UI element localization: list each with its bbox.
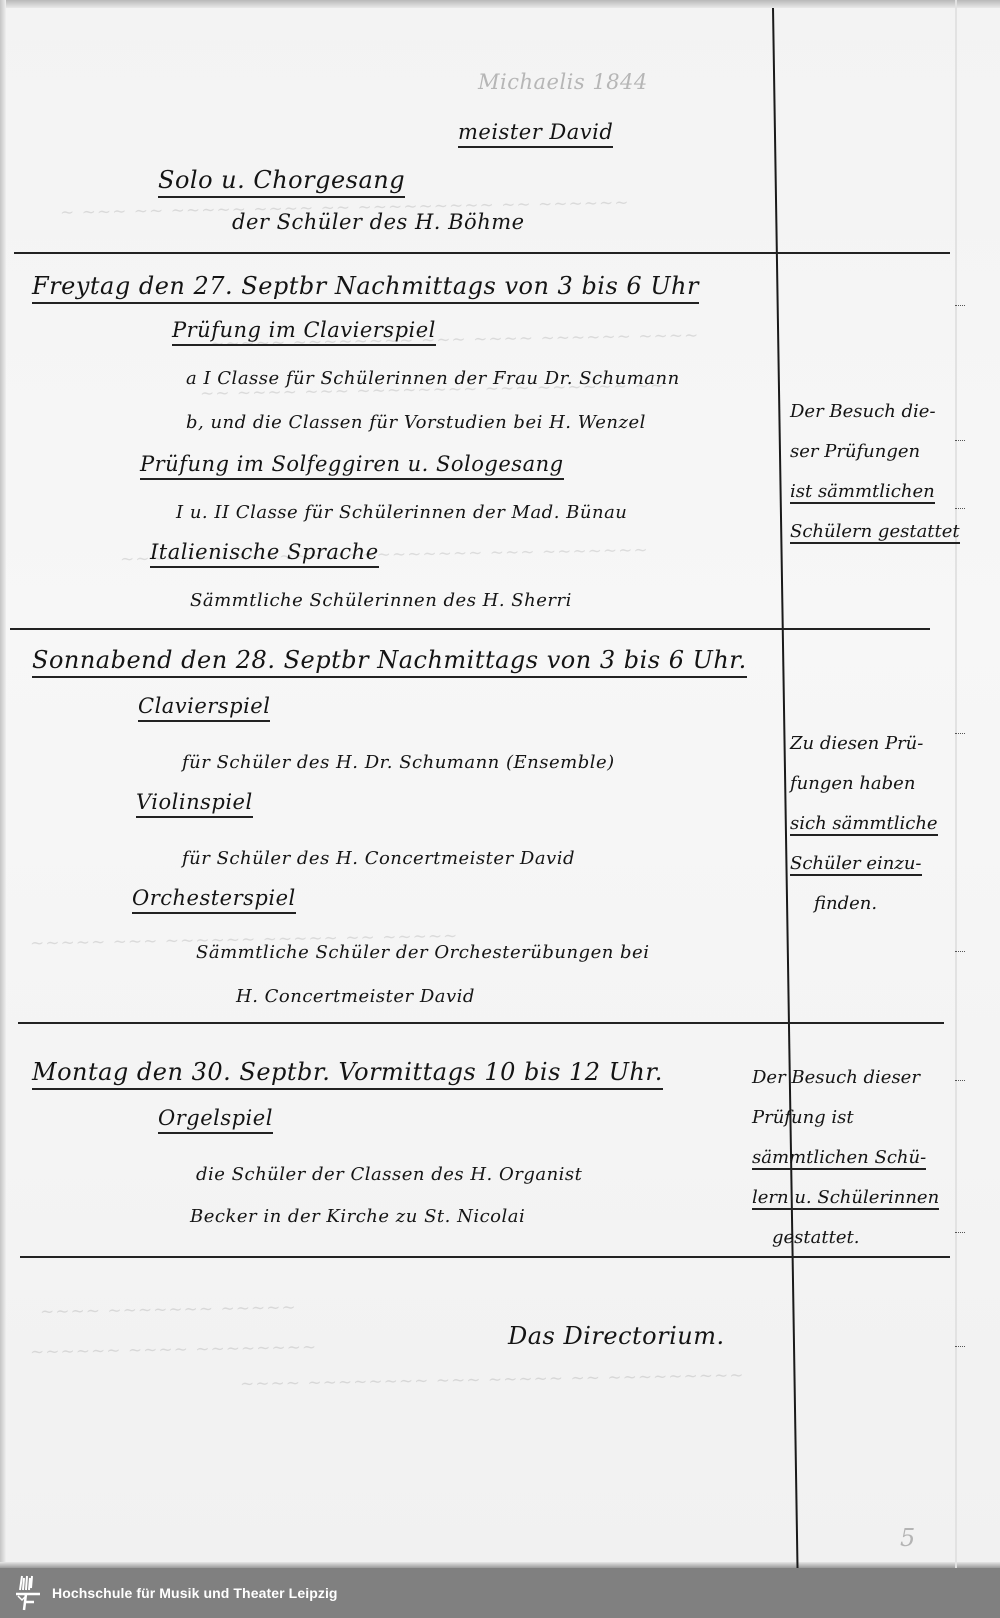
exam-title: Orgelspiel <box>158 1106 273 1134</box>
page-number-mark: 5 <box>900 1524 916 1552</box>
exam-line: Sämmtliche Schülerinnen des H. Sherri <box>190 590 572 611</box>
institution-footer: Hochschule für Musik und Theater Leipzig <box>0 1568 1000 1618</box>
margin-note-line: fungen haben <box>790 764 955 804</box>
edge-mark <box>955 733 965 737</box>
exam-title: Italienische Sprache <box>150 540 379 568</box>
margin-note-line: ser Prüfungen <box>790 432 955 472</box>
exam-title: Clavierspiel <box>138 694 270 722</box>
exam-line: für Schüler des H. Dr. Schumann (Ensembl… <box>182 752 615 773</box>
exam-title: Prüfung im Clavierspiel <box>172 318 436 346</box>
margin-note-line: sich sämmtliche <box>790 804 955 844</box>
exam-line: Becker in der Kirche zu St. Nicolai <box>190 1206 525 1227</box>
edge-mark <box>955 440 965 444</box>
margin-note-monday: Der Besuch dieser Prüfung ist sämmtliche… <box>752 1058 917 1258</box>
exam-line: b, und die Classen für Vorstudien bei H.… <box>186 412 646 433</box>
exam-line: die Schüler der Classen des H. Organist <box>196 1164 582 1185</box>
margin-note-line: Schülern gestattet <box>790 512 955 552</box>
margin-note-line: Schüler einzu- <box>790 844 955 884</box>
manuscript-page: ~ ~~~ ~~ ~~~~~ ~~~~ ~~ ~~~~~~~~~ ~~ ~~~~… <box>0 0 1000 1568</box>
margin-note-line: Der Besuch dieser <box>752 1058 917 1098</box>
faint-header-date: Michaelis 1844 <box>478 70 648 94</box>
edge-mark <box>955 508 965 512</box>
section-subtitle: der Schüler des H. Böhme <box>232 210 525 234</box>
divider-rule <box>18 1022 944 1024</box>
divider-rule <box>10 628 930 630</box>
paper-edge-top <box>0 0 1000 8</box>
bleed-through-text: ~~~~~~ ~~~~ ~~~~~~~~ <box>30 1337 318 1362</box>
exam-line: für Schüler des H. Concertmeister David <box>182 848 575 869</box>
margin-note-line: ist sämmtlichen <box>790 472 955 512</box>
edge-mark <box>955 1080 965 1084</box>
exam-line: a I Classe für Schülerinnen der Frau Dr.… <box>186 368 680 389</box>
edge-mark <box>955 1346 965 1350</box>
exam-title: Orchesterspiel <box>132 886 296 914</box>
margin-note-line: lern u. Schülerinnen <box>752 1178 917 1218</box>
margin-note-line: Prüfung ist <box>752 1098 917 1138</box>
edge-mark <box>955 951 965 955</box>
margin-note-friday: Der Besuch die- ser Prüfungen ist sämmtl… <box>790 392 955 552</box>
margin-note-line: Zu diesen Prü- <box>790 724 955 764</box>
bleed-through-text: ~~~~ ~~~~~~~~ ~~~ ~~~~~ ~~ ~~~~~~~~~ <box>240 1366 745 1395</box>
exam-line: Sämmtliche Schüler der Orchesterübungen … <box>196 942 649 963</box>
edge-mark <box>955 305 965 309</box>
divider-rule <box>20 1256 950 1258</box>
margin-note-line: Der Besuch die- <box>790 392 955 432</box>
header-top-right: meister David <box>458 120 613 148</box>
institution-name: Hochschule für Musik und Theater Leipzig <box>52 1585 338 1601</box>
section-title: Solo u. Chorgesang <box>158 166 405 198</box>
day-heading-friday: Freytag den 27. Septbr Nachmittags von 3… <box>32 272 699 304</box>
paper-edge-left <box>0 0 6 1568</box>
hmt-logo-icon <box>12 1572 44 1614</box>
margin-note-line: finden. <box>790 884 955 924</box>
right-margin-fold <box>955 0 957 1568</box>
edge-mark <box>955 1232 965 1236</box>
margin-note-line: sämmtlichen Schü- <box>752 1138 917 1178</box>
exam-line: H. Concertmeister David <box>236 986 475 1007</box>
divider-rule <box>14 252 950 254</box>
margin-note-saturday: Zu diesen Prü- fungen haben sich sämmtli… <box>790 724 955 924</box>
day-heading-monday: Montag den 30. Septbr. Vormittags 10 bis… <box>32 1058 663 1090</box>
day-heading-saturday: Sonnabend den 28. Septbr Nachmittags von… <box>32 646 747 678</box>
exam-title: Violinspiel <box>136 790 253 818</box>
margin-note-line: gestattet. <box>752 1218 917 1258</box>
exam-title: Prüfung im Solfeggiren u. Sologesang <box>140 452 564 480</box>
exam-line: I u. II Classe für Schülerinnen der Mad.… <box>176 502 627 523</box>
signature: Das Directorium. <box>508 1322 725 1350</box>
bleed-through-text: ~~~~ ~~~~~~~ ~~~~~ <box>40 1298 297 1322</box>
